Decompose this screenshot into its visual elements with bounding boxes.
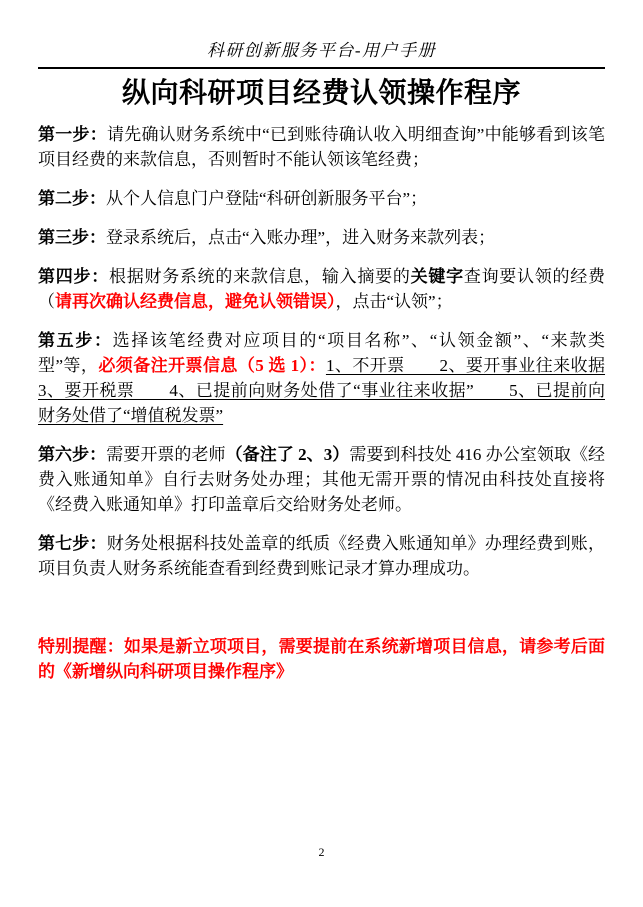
page-title: 纵向科研项目经费认领操作程序 xyxy=(38,77,605,111)
page-number: 2 xyxy=(0,845,643,859)
step-4-keyword-bold: 关键字 xyxy=(411,267,464,286)
step-5-label: 第五步： xyxy=(38,331,113,350)
step-3-text: 登录系统后，点击“入账办理”，进入财务来款列表； xyxy=(106,228,495,247)
special-reminder-label: 特别提醒： xyxy=(38,637,124,656)
document-page: 科研创新服务平台-用户手册 纵向科研项目经费认领操作程序 第一步：请先确认财务系… xyxy=(0,0,643,907)
step-3-label: 第三步： xyxy=(38,228,106,247)
document-body: 第一步：请先确认财务系统中“已到账待确认收入明细查询”中能够看到该笔项目经费的来… xyxy=(38,122,605,684)
step-5-invoice-note-red: 必须备注开票信息（5 选 1）： xyxy=(98,356,326,375)
step-2-text: 从个人信息门户登陆“科研创新服务平台”； xyxy=(106,189,427,208)
header-rule xyxy=(38,67,605,69)
step-4-warning-red: 请再次确认经费信息，避免认领错误） xyxy=(55,292,336,311)
special-reminder-text: 如果是新立项项目，需要提前在系统新增项目信息，请参考后面的《新增纵向科研项目操作… xyxy=(38,637,605,681)
step-2-paragraph: 第二步：从个人信息门户登陆“科研创新服务平台”； xyxy=(38,186,605,211)
step-6-remark-bold: （备注了 2、3） xyxy=(226,445,350,464)
special-reminder: 特别提醒：如果是新立项项目，需要提前在系统新增项目信息，请参考后面的《新增纵向科… xyxy=(38,634,605,684)
step-4-text: ，点击“认领”； xyxy=(336,292,453,311)
step-2-label: 第二步： xyxy=(38,189,106,208)
step-4-label: 第四步： xyxy=(38,267,109,286)
step-7-text: 财务处根据科技处盖章的纸质《经费入账通知单》办理经费到账，项目负责人财务系统能查… xyxy=(38,534,605,578)
running-header: 科研创新服务平台-用户手册 xyxy=(38,0,605,60)
step-1-paragraph: 第一步：请先确认财务系统中“已到账待确认收入明细查询”中能够看到该笔项目经费的来… xyxy=(38,122,605,172)
step-3-paragraph: 第三步：登录系统后，点击“入账办理”，进入财务来款列表； xyxy=(38,225,605,250)
step-6-text: 需要开票的老师 xyxy=(106,445,225,464)
step-6-label: 第六步： xyxy=(38,445,106,464)
step-4-paragraph: 第四步：根据财务系统的来款信息，输入摘要的关键字查询要认领的经费（请再次确认经费… xyxy=(38,264,605,314)
step-5-paragraph: 第五步：选择该笔经费对应项目的“项目名称”、“认领金额”、“来款类型”等，必须备… xyxy=(38,328,605,428)
step-7-paragraph: 第七步：财务处根据科技处盖章的纸质《经费入账通知单》办理经费到账，项目负责人财务… xyxy=(38,531,605,581)
step-6-paragraph: 第六步：需要开票的老师（备注了 2、3）需要到科技处 416 办公室领取《经费入… xyxy=(38,442,605,517)
step-1-text: 请先确认财务系统中“已到账待确认收入明细查询”中能够看到该笔项目经费的来款信息，… xyxy=(38,125,605,169)
step-4-text: 根据财务系统的来款信息，输入摘要的 xyxy=(109,267,411,286)
step-1-label: 第一步： xyxy=(38,125,107,144)
step-7-label: 第七步： xyxy=(38,534,107,553)
